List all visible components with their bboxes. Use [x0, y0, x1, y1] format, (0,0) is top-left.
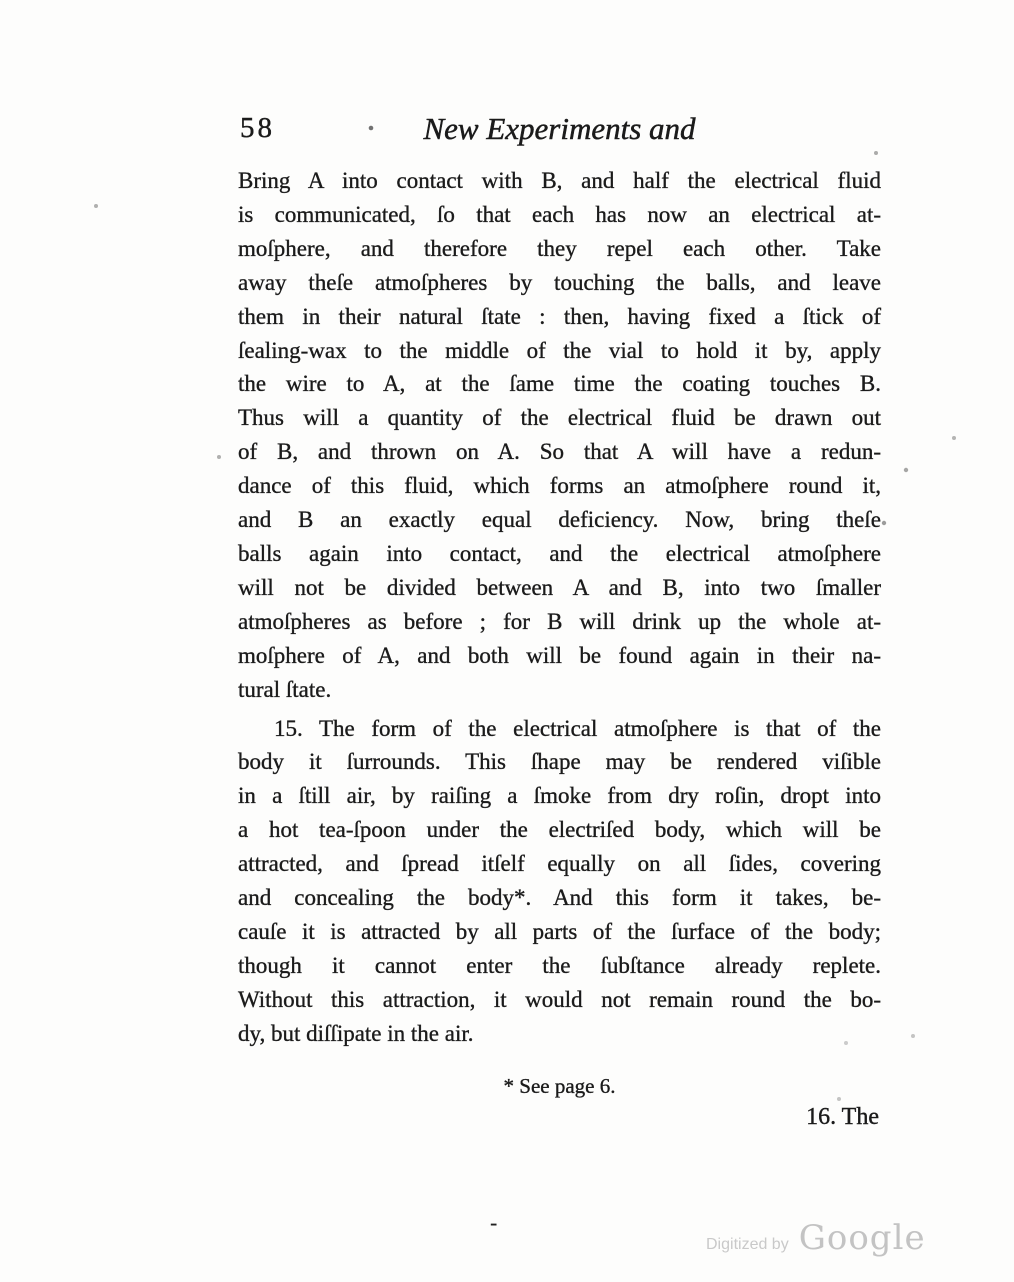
scan-noise — [0, 0, 2, 2]
running-title: New Experiments and — [238, 104, 881, 154]
catchword: 16. The — [238, 1104, 881, 1131]
text-line: Bring A into contact with B, and half th… — [238, 164, 881, 198]
text-line: is communicated, ſo that each has now an… — [238, 198, 881, 232]
paragraph-continuation: Bring A into contact with B, and half th… — [238, 164, 881, 707]
page-header: 58 New Experiments and — [238, 104, 881, 154]
google-logo: Google — [799, 1218, 926, 1258]
footnote: * See page 6. — [238, 1074, 881, 1099]
text-line: a hot tea-ſpoon under the electriſed bod… — [238, 813, 881, 847]
text-line: the wire to A, at the ſame time the coat… — [238, 367, 881, 401]
text-line: Thus will a quantity of the electrical f… — [238, 401, 881, 435]
body-text: Bring A into contact with B, and half th… — [238, 164, 881, 1051]
text-line: will not be divided between A and B, int… — [238, 571, 881, 605]
text-line: moſphere, and therefore they repel each … — [238, 232, 881, 266]
text-line: body it ſurrounds. This ſhape may be ren… — [238, 745, 881, 779]
text-line: atmoſpheres as before ; for B will drink… — [238, 605, 881, 639]
text-line: and concealing the body*. And this form … — [238, 881, 881, 915]
text-line: balls again into contact, and the electr… — [238, 537, 881, 571]
text-line: Without this attraction, it would not re… — [238, 983, 881, 1017]
google-watermark: Digitized by Google — [706, 1218, 926, 1258]
signature-mark: - — [490, 1210, 497, 1236]
text-line: dance of this fluid, which forms an atmo… — [238, 469, 881, 503]
page-number: 58 — [240, 112, 275, 145]
text-line: tural ſtate. — [238, 673, 881, 707]
text-line: in a ſtill air, by raiſing a ſmoke from … — [238, 779, 881, 813]
text-line: and B an exactly equal deficiency. Now, … — [238, 503, 881, 537]
text-line: of B, and thrown on A. So that A will ha… — [238, 435, 881, 469]
text-line: away theſe atmoſpheres by touching the b… — [238, 266, 881, 300]
text-line: attracted, and ſpread itſelf equally on … — [238, 847, 881, 881]
page-text-block: 58 New Experiments and Bring A into cont… — [238, 104, 881, 1131]
scanned-book-page: { "page": { "number": "58", "running_tit… — [0, 0, 1014, 1282]
text-line: though it cannot enter the ſubſtance alr… — [238, 949, 881, 983]
text-line: dy, but diſſipate in the air. — [238, 1017, 881, 1051]
watermark-prefix: Digitized by — [706, 1236, 789, 1254]
paragraph-15: 15. The form of the electrical atmoſpher… — [238, 712, 881, 1051]
text-line: cauſe it is attracted by all parts of th… — [238, 915, 881, 949]
text-line: moſphere of A, and both will be found ag… — [238, 639, 881, 673]
text-line: them in their natural ſtate : then, havi… — [238, 300, 881, 334]
text-line: ſealing-wax to the middle of the vial to… — [238, 334, 881, 368]
text-line: 15. The form of the electrical atmoſpher… — [238, 712, 881, 746]
